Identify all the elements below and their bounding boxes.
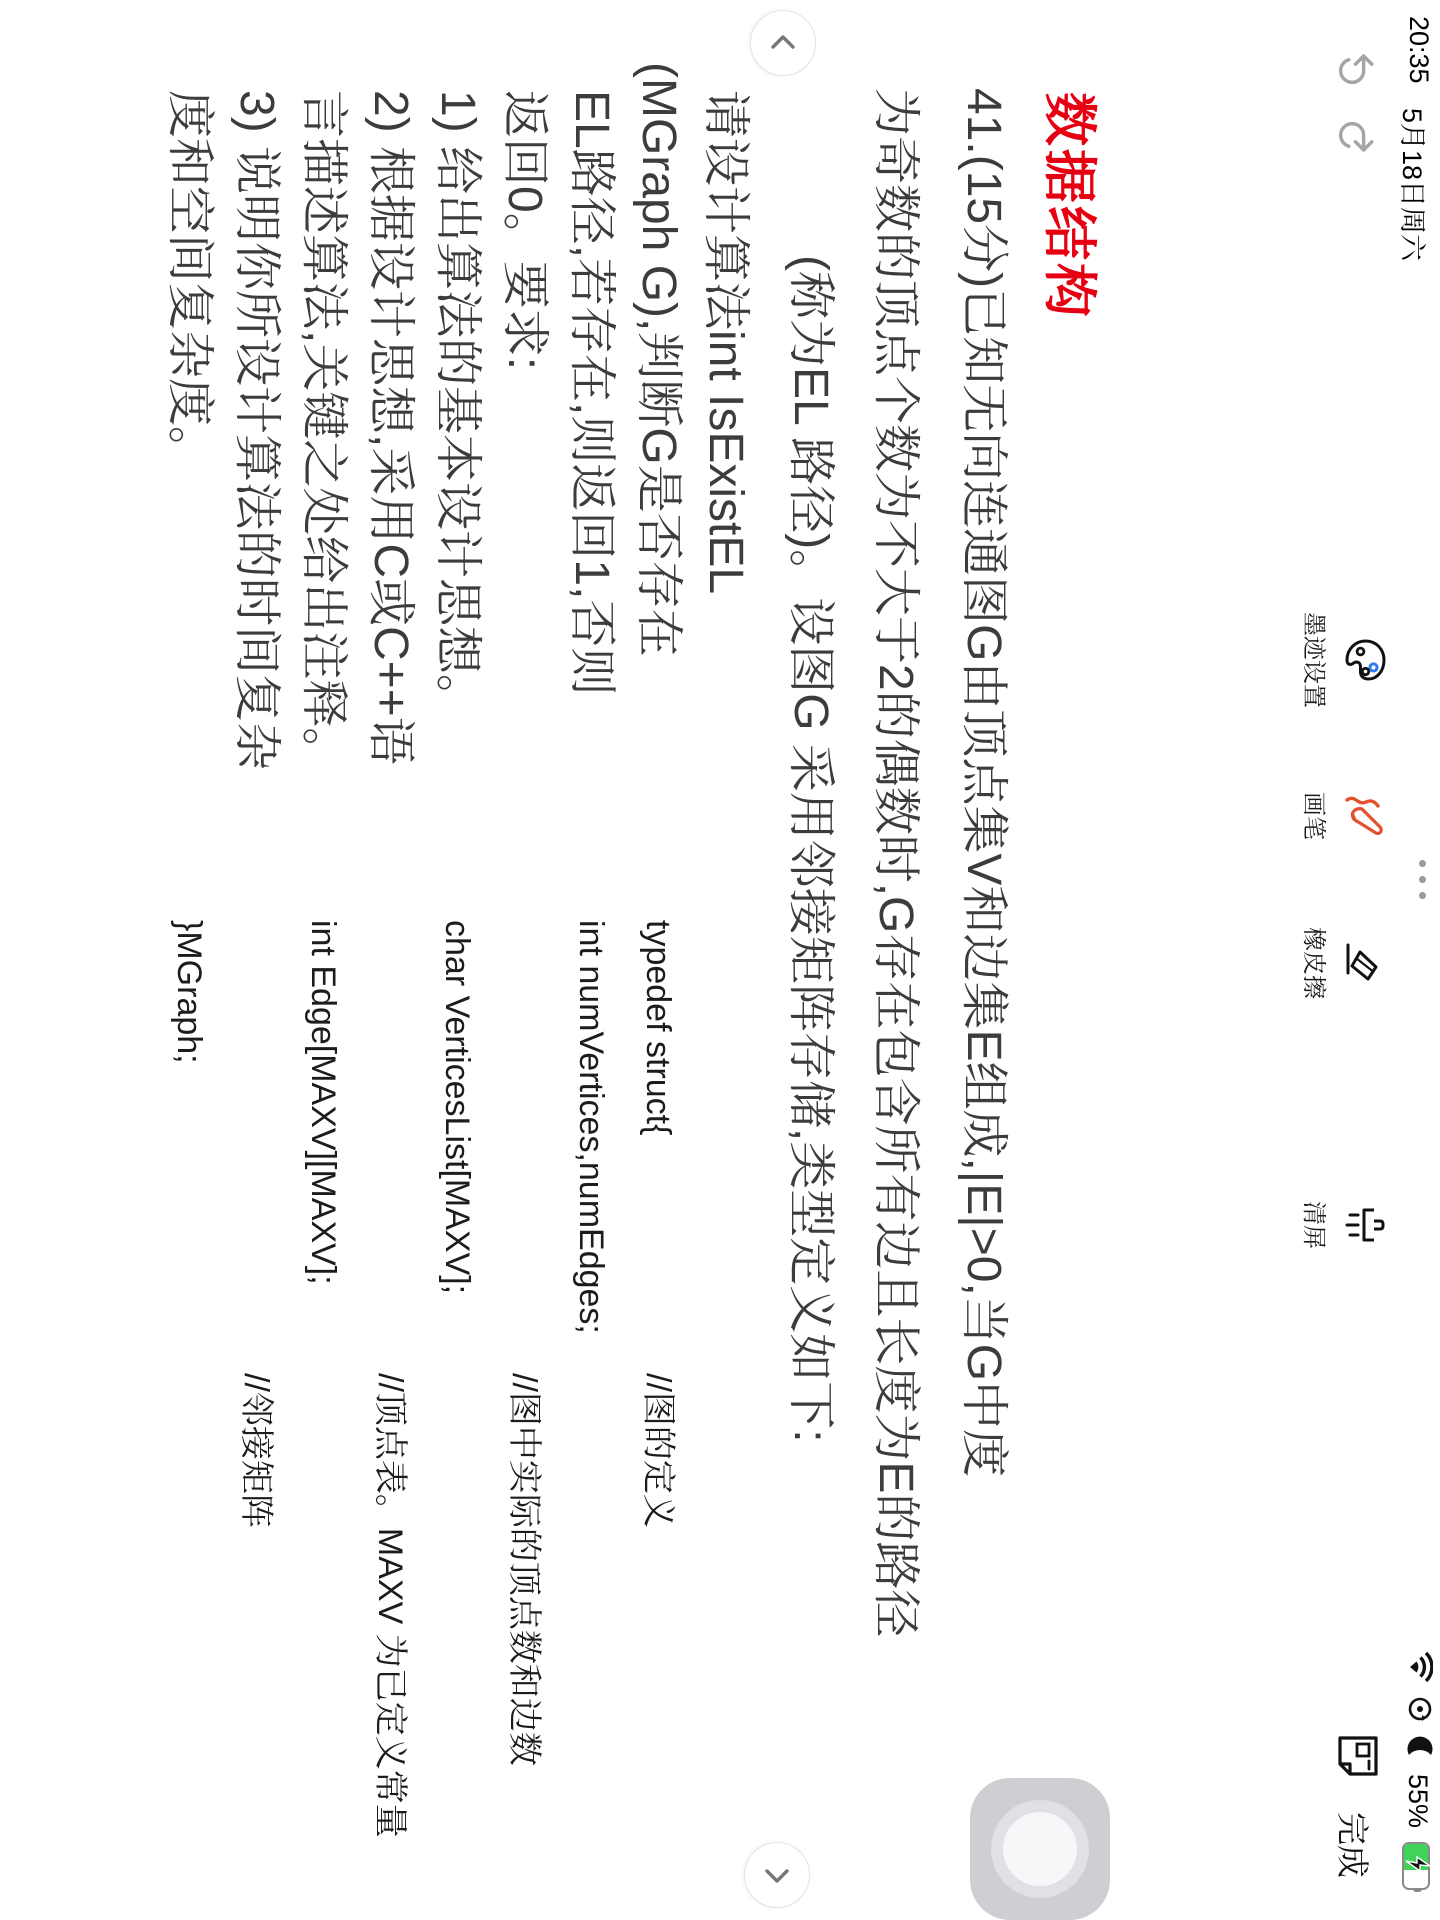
- doc-text-line: 2) 根据设计思想,采用C或C++语: [360, 90, 420, 765]
- tool-label: 画笔: [1299, 792, 1334, 840]
- palette-icon: [1342, 637, 1388, 683]
- tool-label: 墨迹设置: [1299, 612, 1334, 708]
- battery-charging-icon: [1405, 1842, 1431, 1892]
- tool-ink-settings[interactable]: 墨迹设置: [1299, 600, 1388, 720]
- undo-button[interactable]: [1328, 40, 1382, 94]
- tool-label: 橡皮擦: [1299, 927, 1334, 999]
- page-title: 数据结构: [1035, 92, 1112, 320]
- tool-pen[interactable]: 画笔: [1299, 756, 1388, 876]
- next-page-button[interactable]: [744, 1842, 810, 1908]
- multiwindow-dots-icon[interactable]: [1416, 860, 1426, 916]
- undo-icon: [1332, 44, 1378, 90]
- pen-icon: [1342, 793, 1388, 839]
- status-icons: 55%: [1400, 1652, 1436, 1892]
- code-comment: //邻接矩阵: [234, 1373, 278, 1528]
- redo-icon: [1332, 116, 1378, 162]
- redo-button[interactable]: [1328, 112, 1382, 166]
- doc-text-line: 为奇数的顶点个数为不大于2的偶数时,G存在包含所有边且长度为E的路径: [865, 88, 925, 1637]
- doc-text-line: 41.(15分)已知无向连通图G由顶点集V和边集E组成,|E|>0,当G中度: [953, 88, 1013, 1477]
- tool-label: 清屏: [1299, 1201, 1334, 1249]
- status-time: 20:35: [1403, 16, 1434, 84]
- floating-navigation-ball[interactable]: [970, 1778, 1110, 1920]
- doc-text-line: 言描述算法,关键之处给出注释。: [293, 90, 353, 775]
- doc-text-line: 3) 说明你所设计算法的时间复杂: [226, 90, 286, 770]
- done-button[interactable]: 完成: [1331, 1812, 1378, 1878]
- landscape-canvas: 20:35 5月18日周六: [0, 0, 1440, 1920]
- code-line: typedef struct{: [636, 920, 680, 1135]
- doc-text-line: (MGraph G),判断G是否存在: [628, 62, 688, 657]
- code-line: int numVertices,numEdges;: [569, 920, 613, 1334]
- code-line: char VerticesList[MAXV];: [435, 920, 479, 1294]
- doc-text-line: 1) 给出算法的基本设计思想。: [427, 90, 487, 722]
- note-icon[interactable]: [1336, 1732, 1380, 1780]
- tool-eraser[interactable]: 橡皮擦: [1299, 903, 1388, 1023]
- floating-ball-core: [1003, 1812, 1077, 1886]
- doc-text-line: EL路径,若存在,则返回1,否则: [561, 90, 621, 695]
- code-line: }MGraph;: [167, 920, 211, 1064]
- battery-percent: 55%: [1403, 1774, 1434, 1828]
- code-comment: //图的定义: [636, 1373, 680, 1528]
- previous-page-button[interactable]: [750, 10, 816, 76]
- code-comment: //图中实际的顶点数和边数: [502, 1373, 546, 1766]
- doc-text-line: 度和空间复杂度。: [159, 90, 219, 474]
- code-line: int Edge[MAXV][MAXV];: [301, 920, 345, 1285]
- wifi-icon: [1403, 1652, 1434, 1682]
- status-date: 5月18日周六: [1395, 108, 1434, 261]
- doc-text-line: 请设计算法int IsExistEL: [695, 90, 755, 594]
- chevron-right-icon: [759, 1857, 795, 1893]
- annotation-toolbar: 墨迹设置 画笔 橡皮擦: [1294, 0, 1394, 1920]
- sync-circle-icon: [1403, 1696, 1434, 1722]
- code-comment: //顶点表。MAXV 为已定义常量: [368, 1373, 412, 1838]
- eraser-icon: [1342, 940, 1388, 986]
- status-bar: 20:35 5月18日周六: [1396, 0, 1440, 1920]
- doc-text-line: (称为EL 路径)。设图G 采用邻接矩阵存储,类型定义如下:: [780, 255, 840, 1443]
- doc-text-line: 返回0。要求:: [494, 90, 554, 370]
- do-not-disturb-moon-icon: [1403, 1736, 1434, 1760]
- clear-screen-icon: [1342, 1202, 1388, 1248]
- floating-ball-ring: [991, 1800, 1089, 1898]
- tool-clear-screen[interactable]: 清屏: [1299, 1165, 1388, 1285]
- chevron-left-icon: [765, 25, 801, 61]
